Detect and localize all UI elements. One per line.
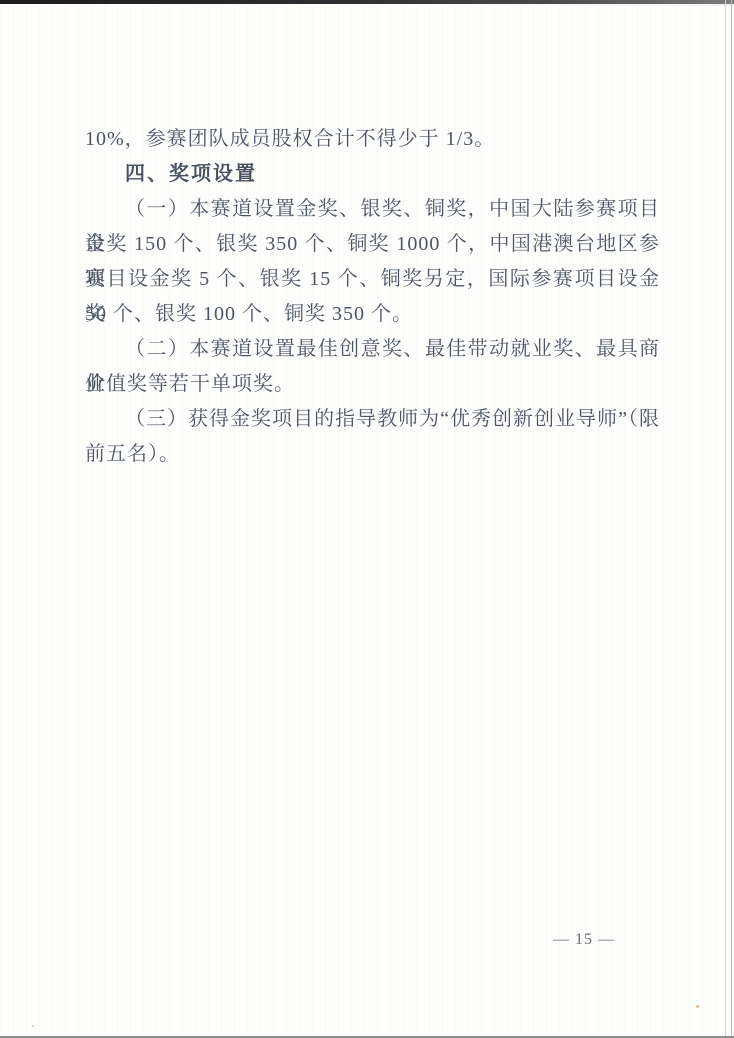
scanned-document-page: 10%，参赛团队成员股权合计不得少于 1/3。 四、奖项设置 （一）本赛道设置金… <box>0 0 734 1038</box>
scan-right-edge-line <box>731 0 732 1038</box>
document-body: 10%，参赛团队成员股权合计不得少于 1/3。 四、奖项设置 （一）本赛道设置金… <box>85 122 660 472</box>
paragraph-continuation-line: 10%，参赛团队成员股权合计不得少于 1/3。 <box>85 122 660 157</box>
paragraph-1-line-2: 金奖 150 个、银奖 350 个、铜奖 1000 个，中国港澳台地区参赛 <box>85 227 660 262</box>
scan-speck <box>32 1025 34 1027</box>
section-heading: 四、奖项设置 <box>85 157 660 192</box>
paragraph-1-line-4: 50 个、银奖 100 个、铜奖 350 个。 <box>85 297 660 332</box>
page-right-edge-line <box>725 0 726 1038</box>
paragraph-2-line-1: （二）本赛道设置最佳创意奖、最佳带动就业奖、最具商业 <box>85 332 660 367</box>
paragraph-1-line-3: 项目设金奖 5 个、银奖 15 个、铜奖另定，国际参赛项目设金奖 <box>85 262 660 297</box>
paragraph-1-line-1: （一）本赛道设置金奖、银奖、铜奖，中国大陆参赛项目设 <box>85 192 660 227</box>
page-number: — 15 — <box>546 928 622 952</box>
paragraph-3-line-2: 前五名）。 <box>85 437 660 472</box>
paragraph-2-line-2: 价值奖等若干单项奖。 <box>85 367 660 402</box>
scan-top-edge-highlight <box>279 4 734 6</box>
scan-speck <box>696 1005 699 1008</box>
paragraph-3-line-1: （三）获得金奖项目的指导教师为“优秀创新创业导师”（限 <box>85 402 660 437</box>
